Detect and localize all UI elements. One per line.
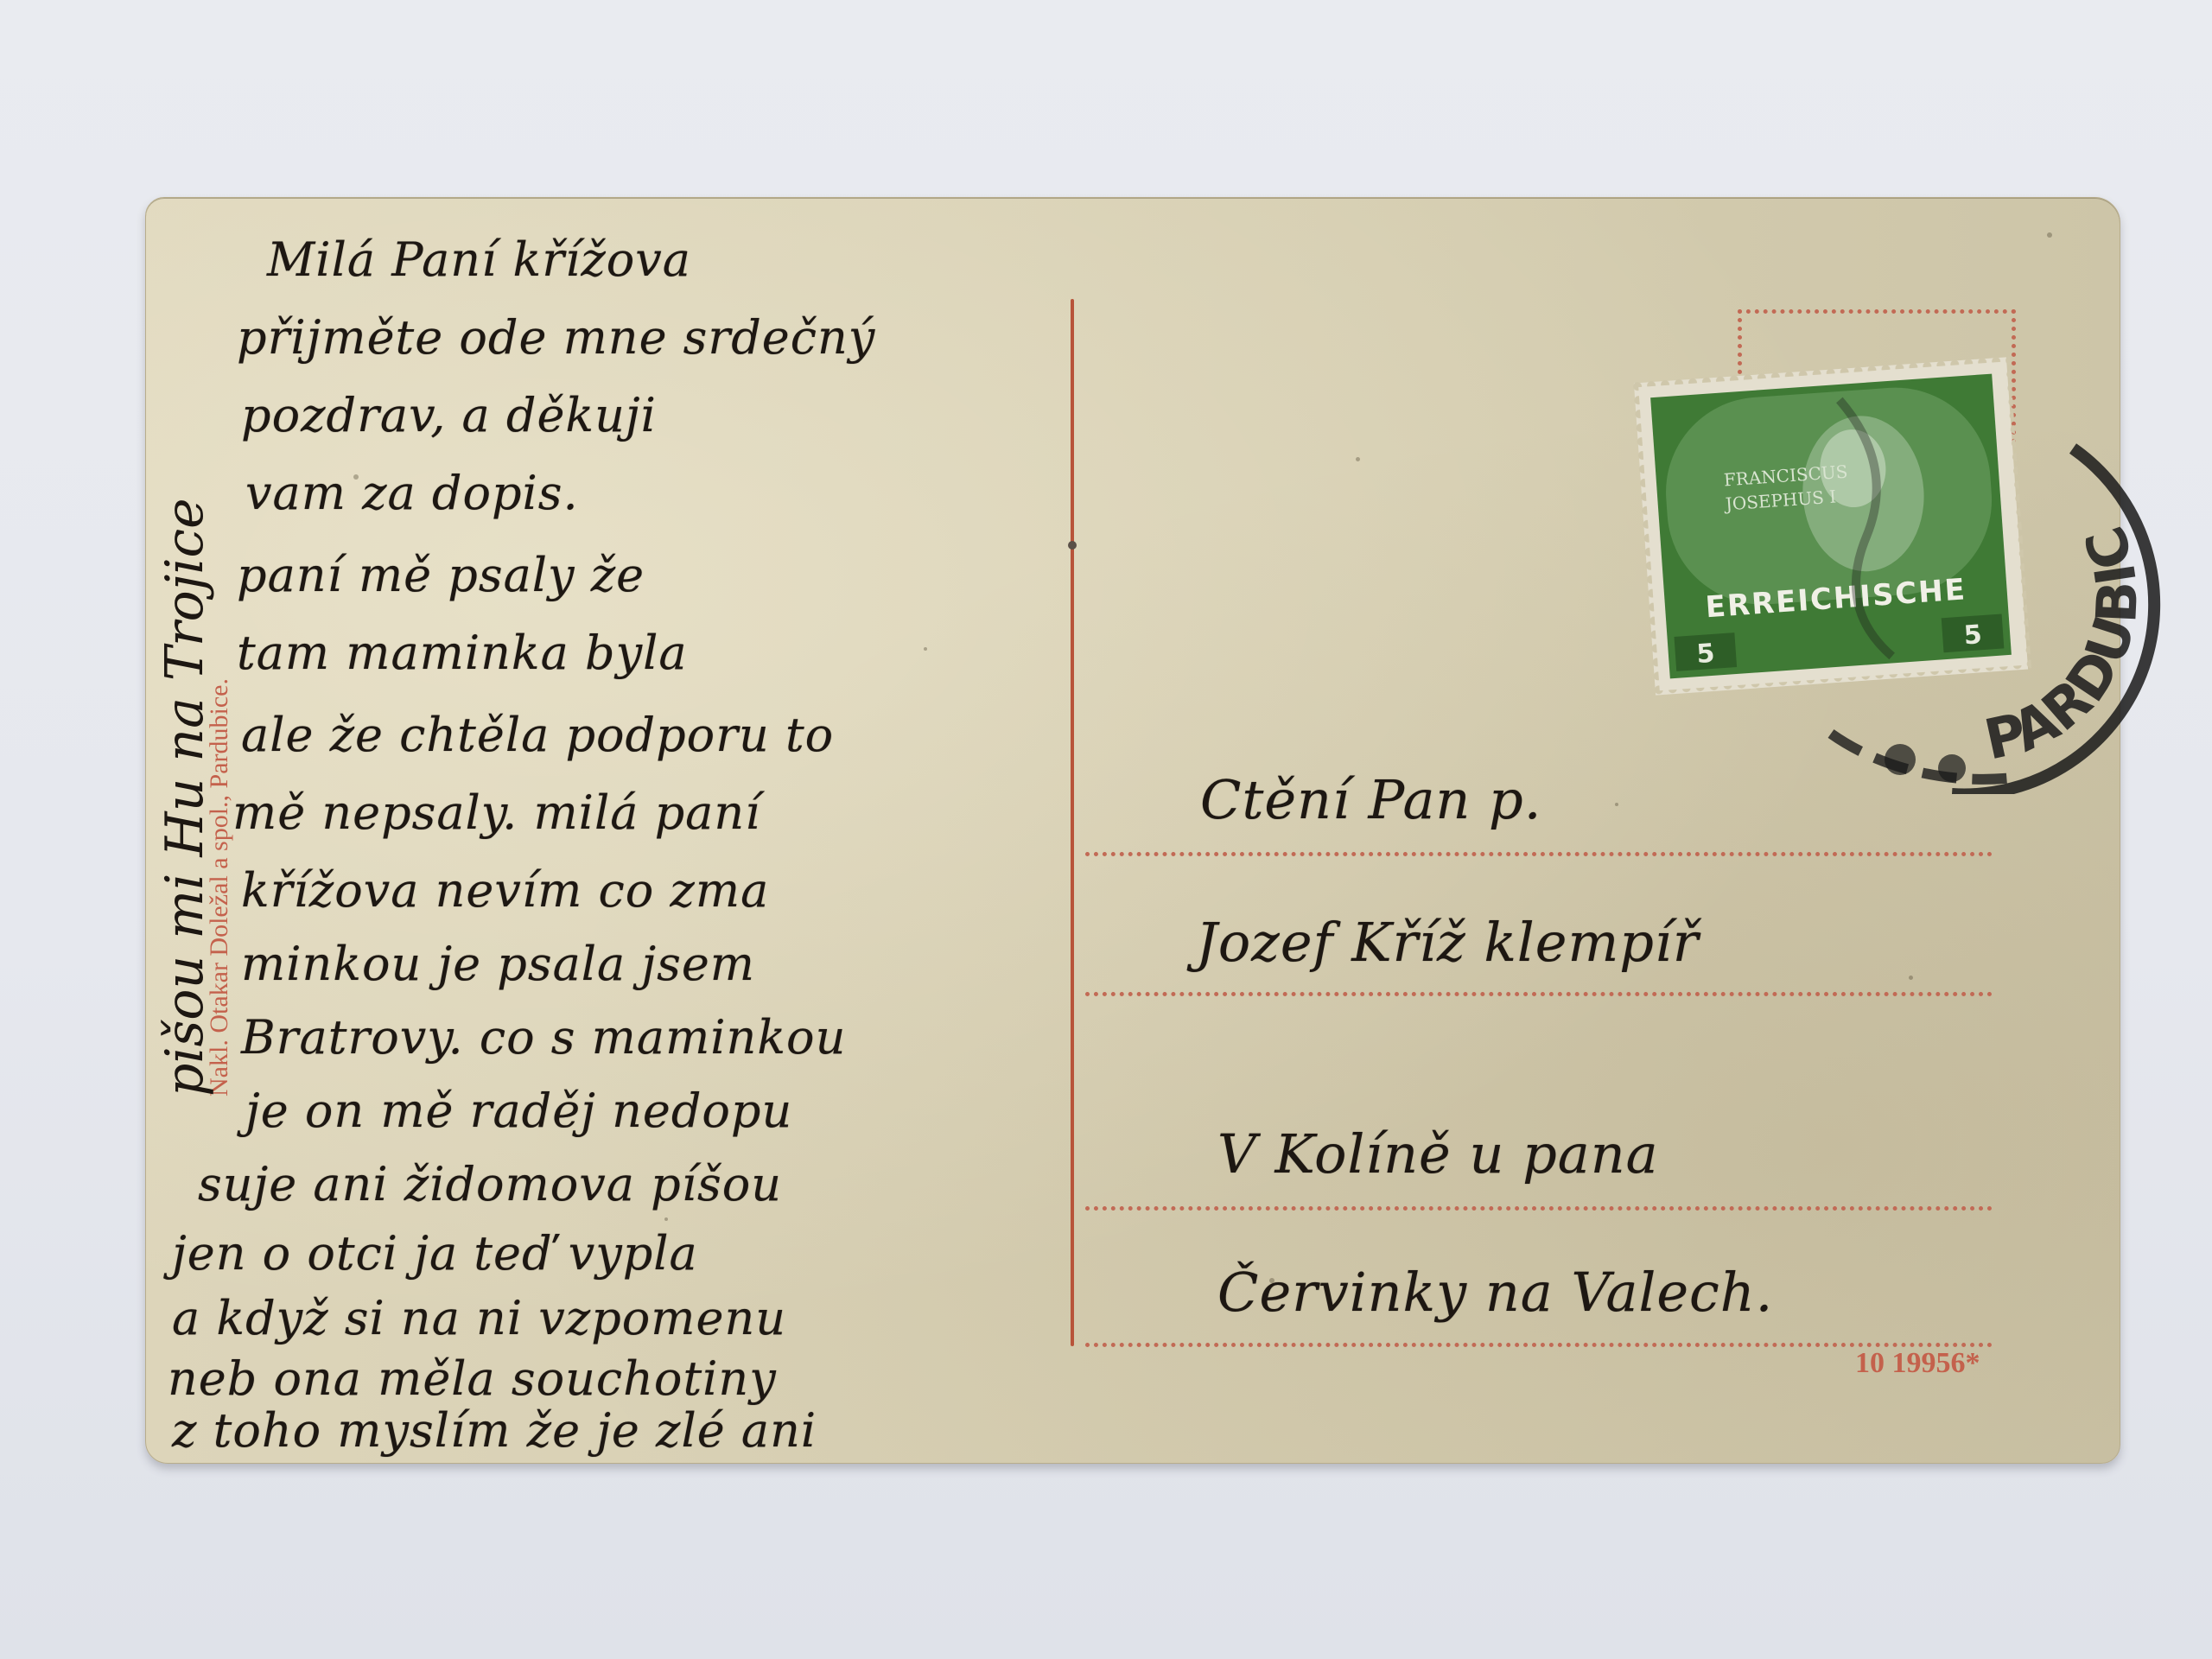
- margin-note: pišou mi Hu na Trojice: [155, 498, 215, 1096]
- message-line: neb ona měla souchotiny: [168, 1351, 777, 1406]
- postcard: Nakl. Otakar Doležal a spol., Pardubice.…: [145, 197, 2120, 1464]
- message-line: vam za dopis.: [245, 466, 579, 520]
- message-line: je on mě raděj nedopu: [245, 1084, 792, 1138]
- message-line: suje ani židomova píšou: [198, 1157, 782, 1211]
- message-line: mě nepsaly. milá paní: [232, 785, 760, 840]
- card-number: 10 19956*: [1855, 1347, 1980, 1380]
- message-line: ale že chtěla podporu to: [241, 708, 834, 762]
- svg-text:5: 5: [1963, 620, 1983, 651]
- message-line: křížova nevím co zma: [241, 863, 769, 918]
- address-line-1: [1085, 852, 1993, 856]
- ink-dot: [1068, 541, 1077, 550]
- center-divider: [1071, 299, 1074, 1346]
- message-line: z toho myslím že je zlé ani: [172, 1403, 817, 1458]
- message-line: pozdrav, a děkuji: [241, 388, 657, 442]
- address-recipient: Jozef Kříž klempíř: [1196, 911, 1699, 974]
- message-line: Milá Paní křížova: [267, 232, 691, 287]
- message-line: tam maminka byla: [237, 626, 688, 680]
- address-street: Červinky na Valech.: [1217, 1261, 1773, 1324]
- svg-text:5: 5: [1695, 639, 1715, 670]
- message-line: paní mě psaly že: [237, 548, 645, 602]
- address-line-2: [1085, 992, 1993, 996]
- address-town: V Kolíně u pana: [1217, 1122, 1659, 1185]
- message-line: Bratrovy. co s maminkou: [241, 1010, 846, 1065]
- address-line-3: [1085, 1206, 1993, 1211]
- message-line: minkou je psala jsem: [241, 937, 755, 991]
- message-line: jen o otci ja teď vypla: [172, 1226, 698, 1281]
- postage-stamp-icon: FRANCISCUS JOSEPHUS I ERREICHISCHE 5 5: [1630, 353, 2032, 699]
- message-line: a když si na ni vzpomenu: [172, 1291, 786, 1345]
- message-line: přijměte ode mne srdečný: [237, 310, 875, 365]
- address-salutation: Ctění Pan p.: [1200, 768, 1541, 831]
